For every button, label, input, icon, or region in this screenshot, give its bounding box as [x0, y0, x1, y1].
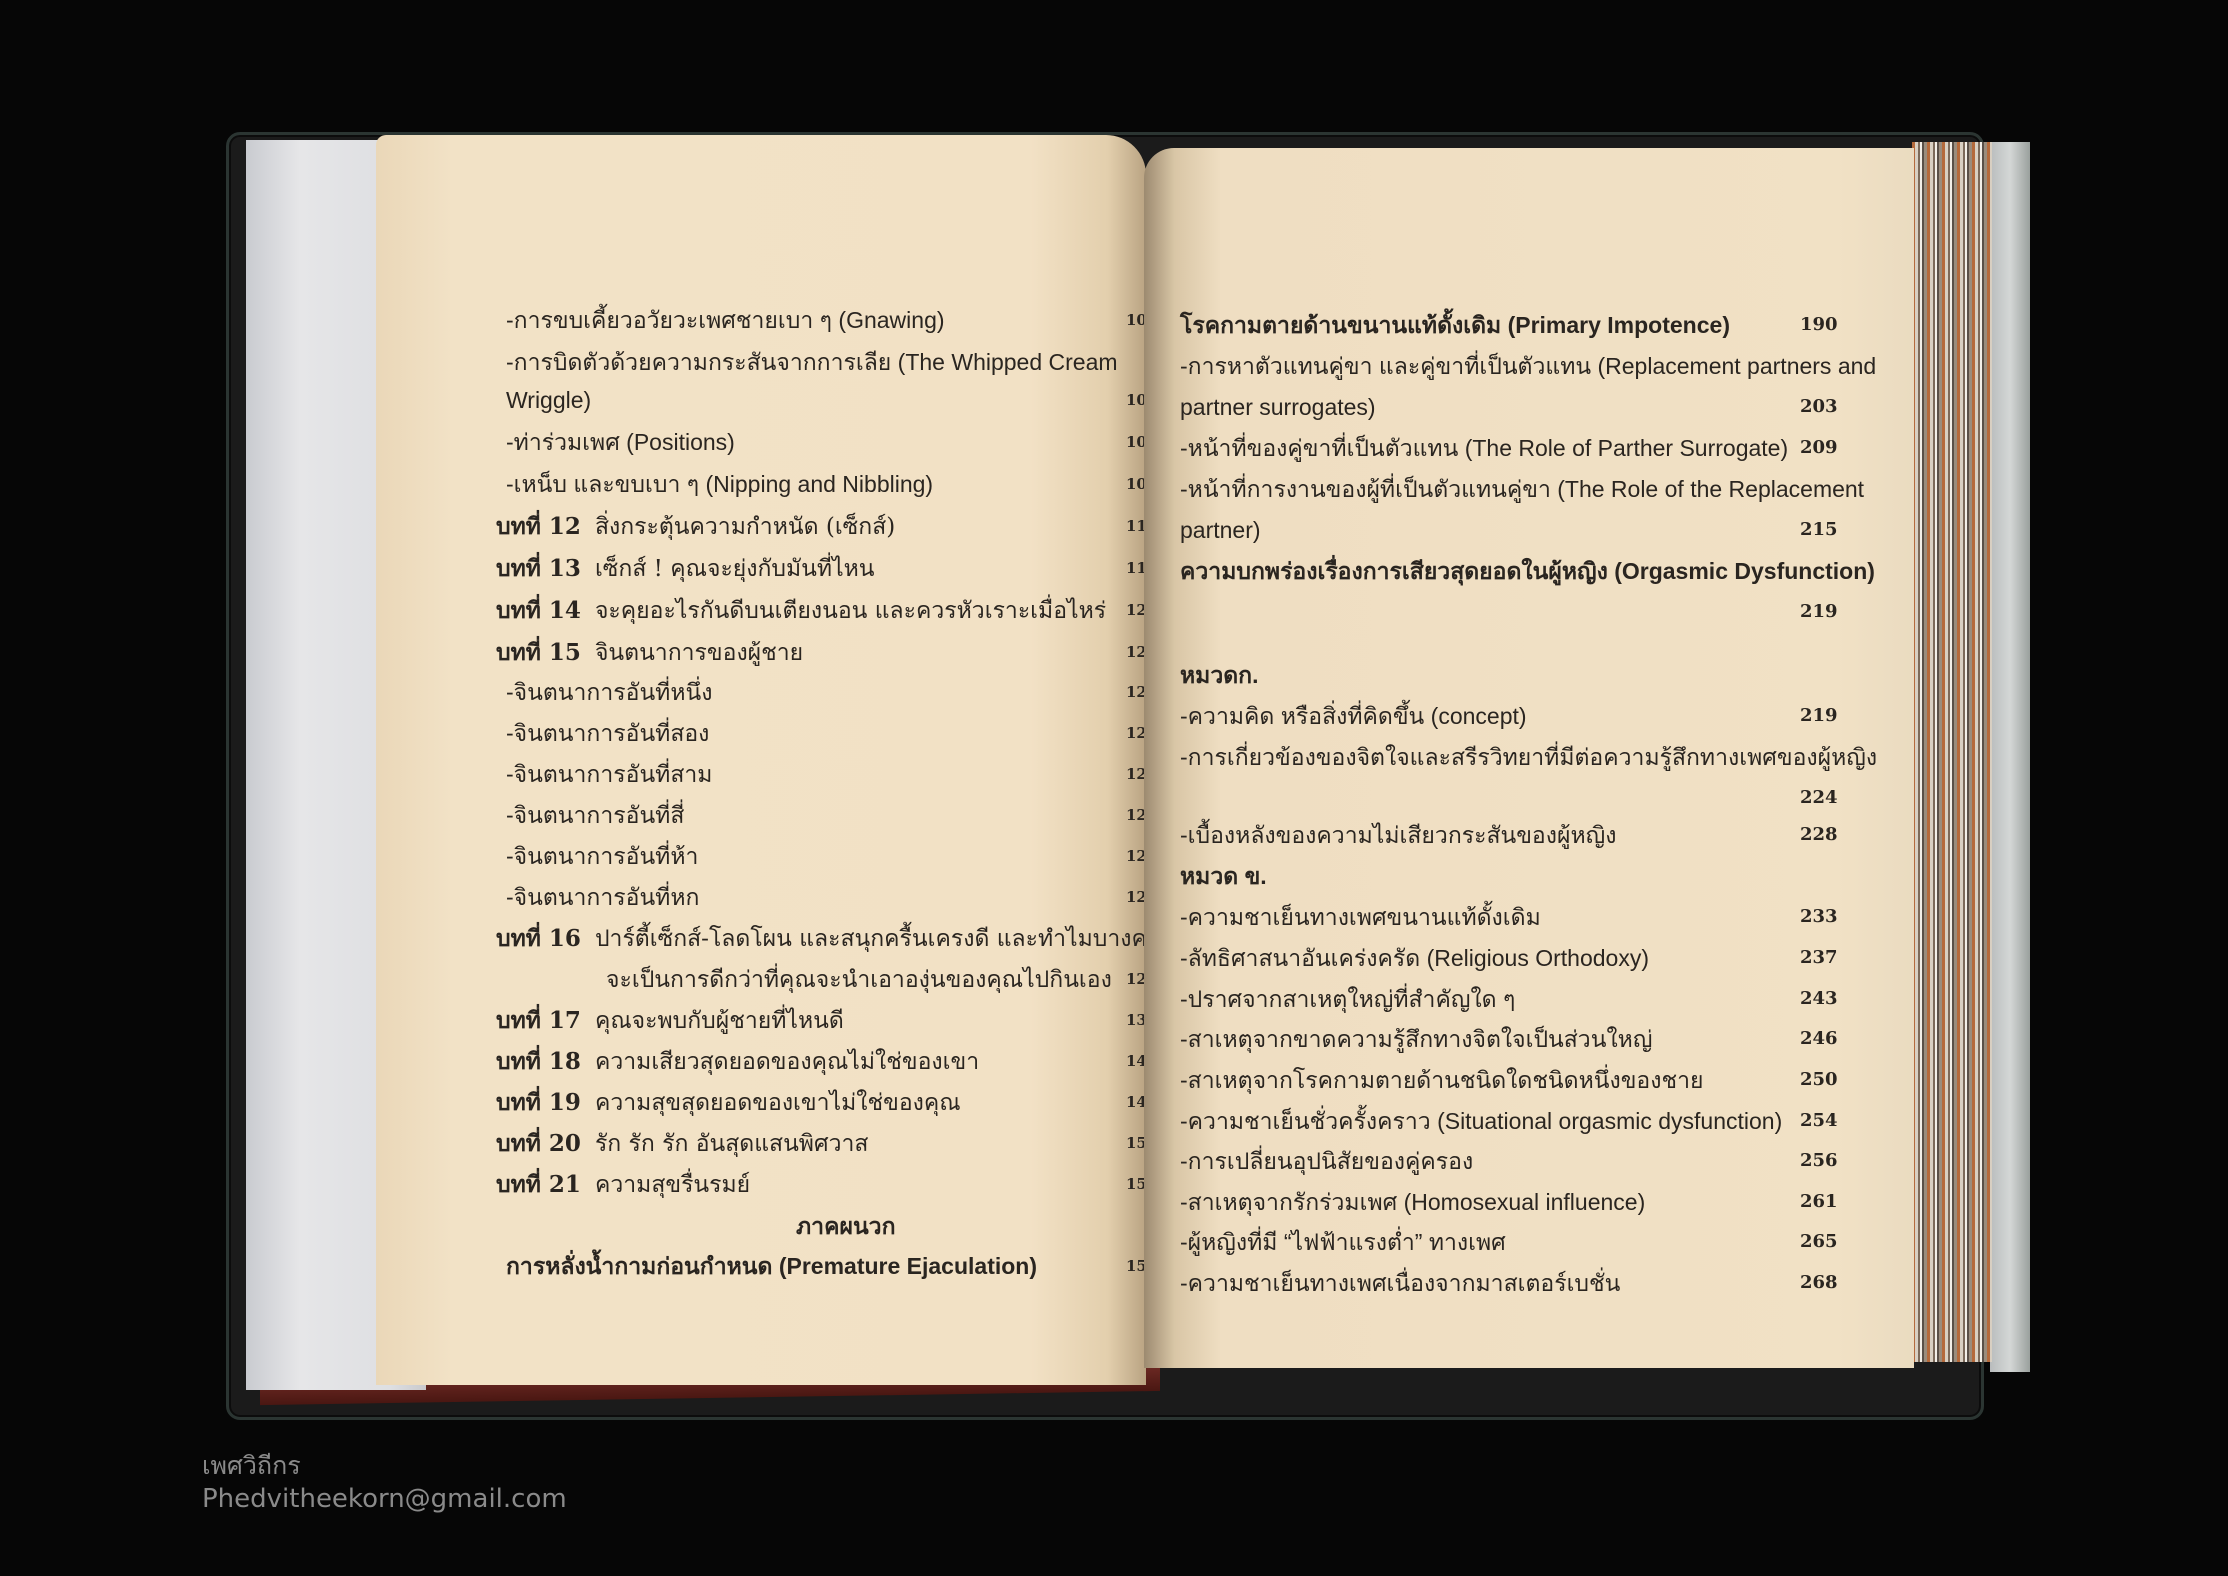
page-number: 243 [1800, 984, 1838, 1014]
entry-text: -สาเหตุจากรักร่วมเพศ (Homosexual influen… [1180, 1189, 1645, 1215]
entry-text: -จินตนาการอันที่ห้า [506, 843, 698, 869]
toc-entry-title: -การบิดตัวด้วยความกระสันจากการเลีย (The … [506, 347, 1118, 377]
entry-text: เซ็กส์ ! คุณจะยุ่งกับมันที่ไหน [595, 556, 875, 582]
entry-text: Wriggle) [506, 387, 591, 413]
toc-entry-title: บทที่ 16ปาร์ตี้เซ็กส์-โลดโผน และสนุกครื้… [496, 923, 1171, 954]
toc-entry-title: -ความชาเย็นชั่วครั้งคราว (Situational or… [1180, 1106, 1782, 1136]
toc-entry-title: -ปราศจากสาเหตุใหญ่ที่สำคัญใด ๆ [1180, 984, 1515, 1014]
toc-entry-title: -สาเหตุจากขาดความรู้สึกทางจิตใจเป็นส่วนใ… [1180, 1024, 1652, 1054]
toc-entry-title: partner) [1180, 515, 1261, 545]
toc-entry-title: บทที่ 15จินตนาการของผู้ชาย [496, 637, 803, 668]
page-stack-edge [1912, 142, 1992, 1362]
toc-entry-title: บทที่ 12สิ่งกระตุ้นความกำหนัด (เซ็กส์) [496, 511, 895, 542]
entry-text: -การเกี่ยวข้องของจิตใจและสรีรวิทยาที่มีต… [1180, 744, 1877, 770]
page-number: 246 [1800, 1024, 1838, 1054]
toc-entry-title: -หน้าที่ของคู่ขาที่เป็นตัวแทน (The Role … [1180, 433, 1788, 463]
toc-entry-title: หมวด ข. [1180, 861, 1267, 891]
toc-entry-title: จะเป็นการดีกว่าที่คุณจะนำเอาองุ่นของคุณไ… [606, 964, 1112, 994]
entry-text: -จินตนาการอันที่หก [506, 884, 699, 910]
toc-entry-title: โรคกามตายด้านขนานแท้ดั้งเดิม (Primary Im… [1180, 310, 1730, 340]
toc-entry-title: การหลั่งน้ำกามก่อนกำหนด (Premature Ejacu… [506, 1251, 1037, 1281]
toc-entry-title: -ท่าร่วมเพศ (Positions) [506, 427, 735, 457]
toc-entry-title: -ความชาเย็นทางเพศขนานแท้ดั้งเดิม [1180, 902, 1541, 932]
entry-text: -การบิดตัวด้วยความกระสันจากการเลีย (The … [506, 349, 1118, 375]
entry-text: -ลัทธิศาสนาอันเคร่งครัด (Religious Ortho… [1180, 945, 1649, 971]
toc-entry-title: -สาเหตุจากโรคกามตายด้านชนิดใดชนิดหนึ่งขอ… [1180, 1065, 1703, 1095]
toc-entry-title: ความบกพร่องเรื่องการเสียวสุดยอดในผู้หญิง… [1180, 556, 1875, 586]
toc-entry-title: -จินตนาการอันที่สาม [506, 759, 712, 789]
page-number: 224 [1800, 783, 1838, 813]
watermark: เพศวิถีกร Phedvitheekorn@gmail.com [202, 1450, 567, 1516]
chapter-number: บทที่ 15 [496, 639, 581, 666]
watermark-name: เพศวิถีกร [202, 1450, 567, 1482]
entry-text: ความสุขสุดยอดของเขาไม่ใช่ของคุณ [595, 1090, 961, 1116]
chapter-number: บทที่ 21 [496, 1171, 581, 1198]
entry-text: ปาร์ตี้เซ็กส์-โลดโผน และสนุกครื้นเครงดี … [595, 926, 1171, 952]
toc-entry-title: -จินตนาการอันที่หก [506, 882, 699, 912]
toc-entry-title: บทที่ 14จะคุยอะไรกันดีบนเตียงนอน และควรห… [496, 595, 1106, 626]
entry-text: -จินตนาการอันที่สี่ [506, 802, 684, 828]
entry-text: -จินตนาการอันที่สอง [506, 720, 709, 746]
entry-text: -ความคิด หรือสิ่งที่คิดขึ้น (concept) [1180, 703, 1527, 729]
toc-entry-title: -เบื้องหลังของความไม่เสียวกระสันของผู้หญ… [1180, 820, 1616, 850]
page-number: 219 [1800, 701, 1838, 731]
entry-text: -ความชาเย็นชั่วครั้งคราว (Situational or… [1180, 1108, 1782, 1134]
entry-text: -การหาตัวแทนคู่ขา และคู่ขาที่เป็นตัวแทน … [1180, 353, 1876, 379]
chapter-number: บทที่ 20 [496, 1130, 581, 1157]
toc-entry-title: -การเปลี่ยนอุปนิสัยของคู่ครอง [1180, 1146, 1473, 1176]
page-number: 250 [1800, 1065, 1838, 1095]
page-number: 219 [1800, 597, 1838, 627]
page-number: 237 [1800, 943, 1838, 973]
entry-text: โรคกามตายด้านขนานแท้ดั้งเดิม (Primary Im… [1180, 312, 1730, 338]
entry-text: -ท่าร่วมเพศ (Positions) [506, 429, 735, 455]
left-page: -การขบเคี้ยวอวัยวะเพศชายเบา ๆ (Gnawing)1… [376, 135, 1146, 1385]
entry-text: -การขบเคี้ยวอวัยวะเพศชายเบา ๆ (Gnawing) [506, 307, 945, 333]
toc-entry-title: -เหน็บ และขบเบา ๆ (Nipping and Nibbling) [506, 469, 933, 499]
chapter-number: บทที่ 14 [496, 597, 581, 624]
toc-entry-title: -หน้าที่การงานของผู้ที่เป็นตัวแทนคู่ขา (… [1180, 474, 1864, 504]
entry-text: คุณจะพบกับผู้ชายที่ไหนดี [595, 1008, 844, 1034]
chapter-number: บทที่ 16 [496, 925, 581, 952]
entry-text: -หน้าที่ของคู่ขาที่เป็นตัวแทน (The Role … [1180, 435, 1788, 461]
entry-text: -จินตนาการอันที่สาม [506, 761, 712, 787]
toc-entry-title: บทที่ 20รัก รัก รัก อันสุดแสนพิศวาส [496, 1128, 868, 1159]
entry-text: -ความชาเย็นทางเพศเนื่องจากมาสเตอร์เบชั่น [1180, 1270, 1620, 1296]
page-number: 209 [1800, 433, 1838, 463]
page-number: 203 [1800, 392, 1838, 422]
scanned-book-spread: -การขบเคี้ยวอวัยวะเพศชายเบา ๆ (Gnawing)1… [0, 0, 2228, 1576]
entry-text: ความสุขรื่นรมย์ [595, 1172, 750, 1198]
toc-entry-title: -จินตนาการอันที่หนึ่ง [506, 677, 712, 707]
entry-text: -เบื้องหลังของความไม่เสียวกระสันของผู้หญ… [1180, 822, 1616, 848]
entry-text: การหลั่งน้ำกามก่อนกำหนด (Premature Ejacu… [506, 1253, 1037, 1279]
entry-text: partner) [1180, 517, 1261, 543]
entry-text: -สาเหตุจากโรคกามตายด้านชนิดใดชนิดหนึ่งขอ… [1180, 1067, 1703, 1093]
toc-entry-title: หมวดก. [1180, 660, 1259, 690]
page-number: 233 [1800, 902, 1838, 932]
entry-text: จะคุยอะไรกันดีบนเตียงนอน และควรหัวเราะเม… [595, 598, 1106, 624]
watermark-email: Phedvitheekorn@gmail.com [202, 1482, 567, 1516]
toc-entry-title: บทที่ 17คุณจะพบกับผู้ชายที่ไหนดี [496, 1005, 844, 1036]
page-number: 190 [1800, 310, 1838, 340]
toc-entry-title: -จินตนาการอันที่ห้า [506, 841, 698, 871]
toc-entry-title: -จินตนาการอันที่สี่ [506, 800, 684, 830]
page-number: 265 [1800, 1227, 1838, 1257]
entry-text: จะเป็นการดีกว่าที่คุณจะนำเอาองุ่นของคุณไ… [606, 966, 1112, 992]
entry-text: partner surrogates) [1180, 394, 1376, 420]
entry-text: รัก รัก รัก อันสุดแสนพิศวาส [595, 1131, 869, 1157]
toc-entry-title: partner surrogates) [1180, 392, 1376, 422]
entry-text: ความบกพร่องเรื่องการเสียวสุดยอดในผู้หญิง… [1180, 558, 1875, 584]
toc-entry-title: -ลัทธิศาสนาอันเคร่งครัด (Religious Ortho… [1180, 943, 1649, 973]
chapter-number: บทที่ 13 [496, 555, 581, 582]
toc-entry-title: -การหาตัวแทนคู่ขา และคู่ขาที่เป็นตัวแทน … [1180, 351, 1876, 381]
entry-text: -การเปลี่ยนอุปนิสัยของคู่ครอง [1180, 1148, 1473, 1174]
toc-entry-title: -ความชาเย็นทางเพศเนื่องจากมาสเตอร์เบชั่น [1180, 1268, 1620, 1298]
page-number: 215 [1800, 515, 1838, 545]
toc-entry-title: -การเกี่ยวข้องของจิตใจและสรีรวิทยาที่มีต… [1180, 742, 1877, 772]
toc-entry-title: Wriggle) [506, 385, 591, 415]
entry-text: -จินตนาการอันที่หนึ่ง [506, 679, 712, 705]
entry-text: -สาเหตุจากขาดความรู้สึกทางจิตใจเป็นส่วนใ… [1180, 1026, 1652, 1052]
toc-entry-title: บทที่ 13เซ็กส์ ! คุณจะยุ่งกับมันที่ไหน [496, 553, 875, 584]
entry-text: ความเสียวสุดยอดของคุณไม่ใช่ของเขา [595, 1049, 979, 1075]
toc-entry-title: -ผู้หญิงที่มี “ไฟฟ้าแรงต่ำ” ทางเพศ [1180, 1227, 1506, 1257]
toc-entry-title: -สาเหตุจากรักร่วมเพศ (Homosexual influen… [1180, 1187, 1645, 1217]
right-page: โรคกามตายด้านขนานแท้ดั้งเดิม (Primary Im… [1144, 148, 1914, 1368]
entry-text: -ปราศจากสาเหตุใหญ่ที่สำคัญใด ๆ [1180, 986, 1515, 1012]
chapter-number: บทที่ 19 [496, 1089, 581, 1116]
toc-entry-title: -การขบเคี้ยวอวัยวะเพศชายเบา ๆ (Gnawing) [506, 305, 945, 335]
right-endpaper [1990, 142, 2030, 1372]
chapter-number: บทที่ 18 [496, 1048, 581, 1075]
page-number: 254 [1800, 1106, 1838, 1136]
toc-entry-title: บทที่ 18ความเสียวสุดยอดของคุณไม่ใช่ของเข… [496, 1046, 979, 1077]
entry-text: -เหน็บ และขบเบา ๆ (Nipping and Nibbling) [506, 471, 933, 497]
entry-text: สิ่งกระตุ้นความกำหนัด (เซ็กส์) [595, 514, 895, 540]
page-number: 261 [1800, 1187, 1838, 1217]
entry-text: -หน้าที่การงานของผู้ที่เป็นตัวแทนคู่ขา (… [1180, 476, 1864, 502]
page-number: 256 [1800, 1146, 1838, 1176]
chapter-number: บทที่ 12 [496, 513, 581, 540]
page-number: 228 [1800, 820, 1838, 850]
entry-text: -ความชาเย็นทางเพศขนานแท้ดั้งเดิม [1180, 904, 1541, 930]
chapter-number: บทที่ 17 [496, 1007, 581, 1034]
toc-entry-title: บทที่ 21ความสุขรื่นรมย์ [496, 1169, 750, 1200]
entry-text: จินตนาการของผู้ชาย [595, 640, 803, 666]
toc-entry-title: บทที่ 19ความสุขสุดยอดของเขาไม่ใช่ของคุณ [496, 1087, 961, 1118]
entry-text: -ผู้หญิงที่มี “ไฟฟ้าแรงต่ำ” ทางเพศ [1180, 1229, 1506, 1255]
page-number: 268 [1800, 1268, 1838, 1298]
toc-entry-title: -ความคิด หรือสิ่งที่คิดขึ้น (concept) [1180, 701, 1527, 731]
toc-entry-title: -จินตนาการอันที่สอง [506, 718, 709, 748]
toc-entry-title: ภาคผนวก [796, 1211, 896, 1241]
